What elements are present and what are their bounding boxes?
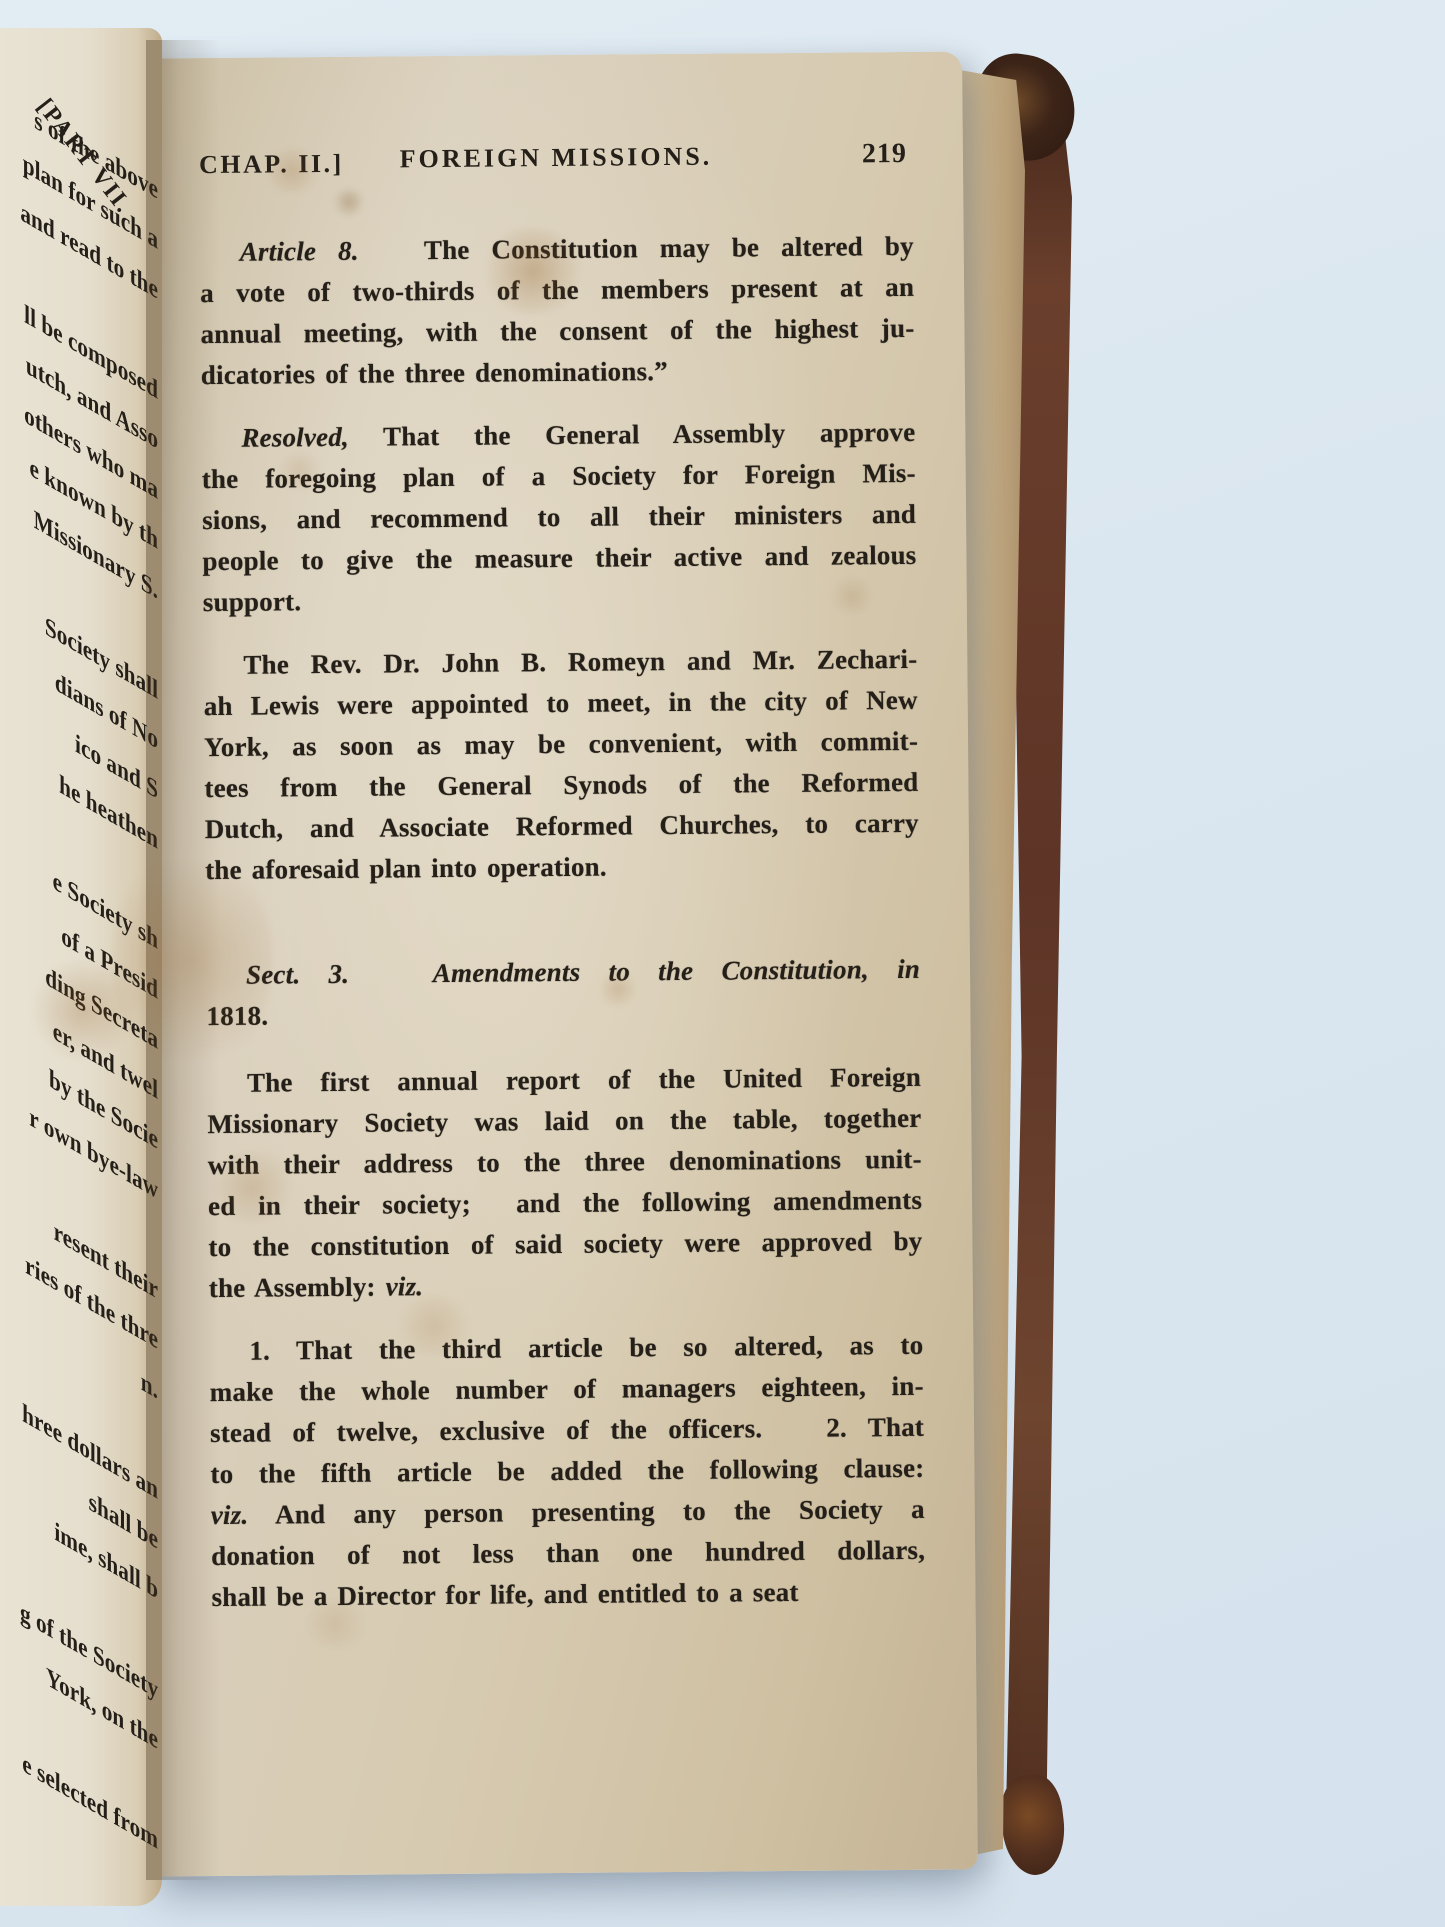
text-line: make the whole number of managers eighte…	[210, 1366, 924, 1413]
text-line: sions, and recommend to all their minist…	[202, 494, 916, 541]
text-line: to the constitution of said society were…	[208, 1221, 922, 1268]
text-line: Article 8. The Constitution may be alter…	[200, 226, 914, 273]
text-line: ed in their society; and the following a…	[208, 1180, 922, 1227]
text-line: donation of not less than one hundred do…	[211, 1530, 925, 1577]
text-line: shall be a Director for life, and entitl…	[211, 1571, 925, 1618]
text-line: ah Lewis were appointed to meet, in the …	[204, 680, 918, 727]
leather-corner-bottom	[996, 1772, 1070, 1879]
paragraph-article-8: Article 8. The Constitution may be alter…	[200, 226, 915, 396]
text-line: York, as soon as may be convenient, with…	[204, 721, 918, 768]
text-line: dicatories of the three denominations.”	[201, 349, 915, 396]
text-line: support.	[203, 576, 917, 623]
text-line: The Rev. Dr. John B. Romeyn and Mr. Zech…	[203, 639, 917, 686]
text-line: a vote of two-thirds of the members pres…	[200, 267, 914, 314]
text-line: Sect. 3. Amendments to the Constitution,…	[206, 949, 920, 996]
text-line: people to give the measure their active …	[202, 535, 916, 582]
paragraph-first-annual-report: The first annual report of the United Fo…	[207, 1057, 923, 1309]
running-title: FOREIGN MISSIONS.	[199, 140, 913, 176]
left-page: [PART VII. s of the aboveplan for such a…	[0, 28, 162, 1906]
text-line: 1818.	[206, 990, 920, 1037]
paragraph-romeyn-lewis: The Rev. Dr. John B. Romeyn and Mr. Zech…	[203, 639, 919, 891]
page-number: 219	[862, 138, 907, 170]
text-line: Resolved, That the General Assembly appr…	[201, 412, 915, 459]
text-line: 1. That the third article be so altered,…	[209, 1325, 923, 1372]
text-line: The first annual report of the United Fo…	[207, 1057, 921, 1104]
text-line: viz. And any person presenting to the So…	[211, 1489, 925, 1536]
page-header: CHAP. II.] FOREIGN MISSIONS. 219	[199, 140, 913, 190]
text-line: Missionary Society was laid on the table…	[207, 1098, 921, 1145]
text-line: the foregoing plan of a Society for Fore…	[202, 453, 916, 500]
book-photograph: CHAP. II.] FOREIGN MISSIONS. 219 Article…	[0, 0, 1445, 1927]
text-line: to the fifth article be added the follow…	[210, 1448, 924, 1495]
paragraph-amendments: 1. That the third article be so altered,…	[209, 1325, 925, 1618]
text-line: tees from the General Synods of the Refo…	[204, 762, 918, 809]
text-line: the Assembly: viz.	[209, 1262, 923, 1309]
text-line: stead of twelve, exclusive of the office…	[210, 1407, 924, 1454]
text-line: annual meeting, with the consent of the …	[200, 308, 914, 355]
left-page-text: s of the aboveplan for such aand read to…	[0, 42, 158, 1866]
text-column: Article 8. The Constitution may be alter…	[200, 226, 926, 1618]
book-page: CHAP. II.] FOREIGN MISSIONS. 219 Article…	[140, 51, 978, 1876]
text-line: Dutch, and Associate Reformed Churches, …	[205, 803, 919, 850]
text-line: the aforesaid plan into operation.	[205, 844, 919, 891]
section-heading: Sect. 3. Amendments to the Constitution,…	[206, 949, 921, 1037]
paragraph-resolved: Resolved, That the General Assembly appr…	[201, 412, 917, 623]
text-line: with their address to the three denomina…	[208, 1139, 922, 1186]
